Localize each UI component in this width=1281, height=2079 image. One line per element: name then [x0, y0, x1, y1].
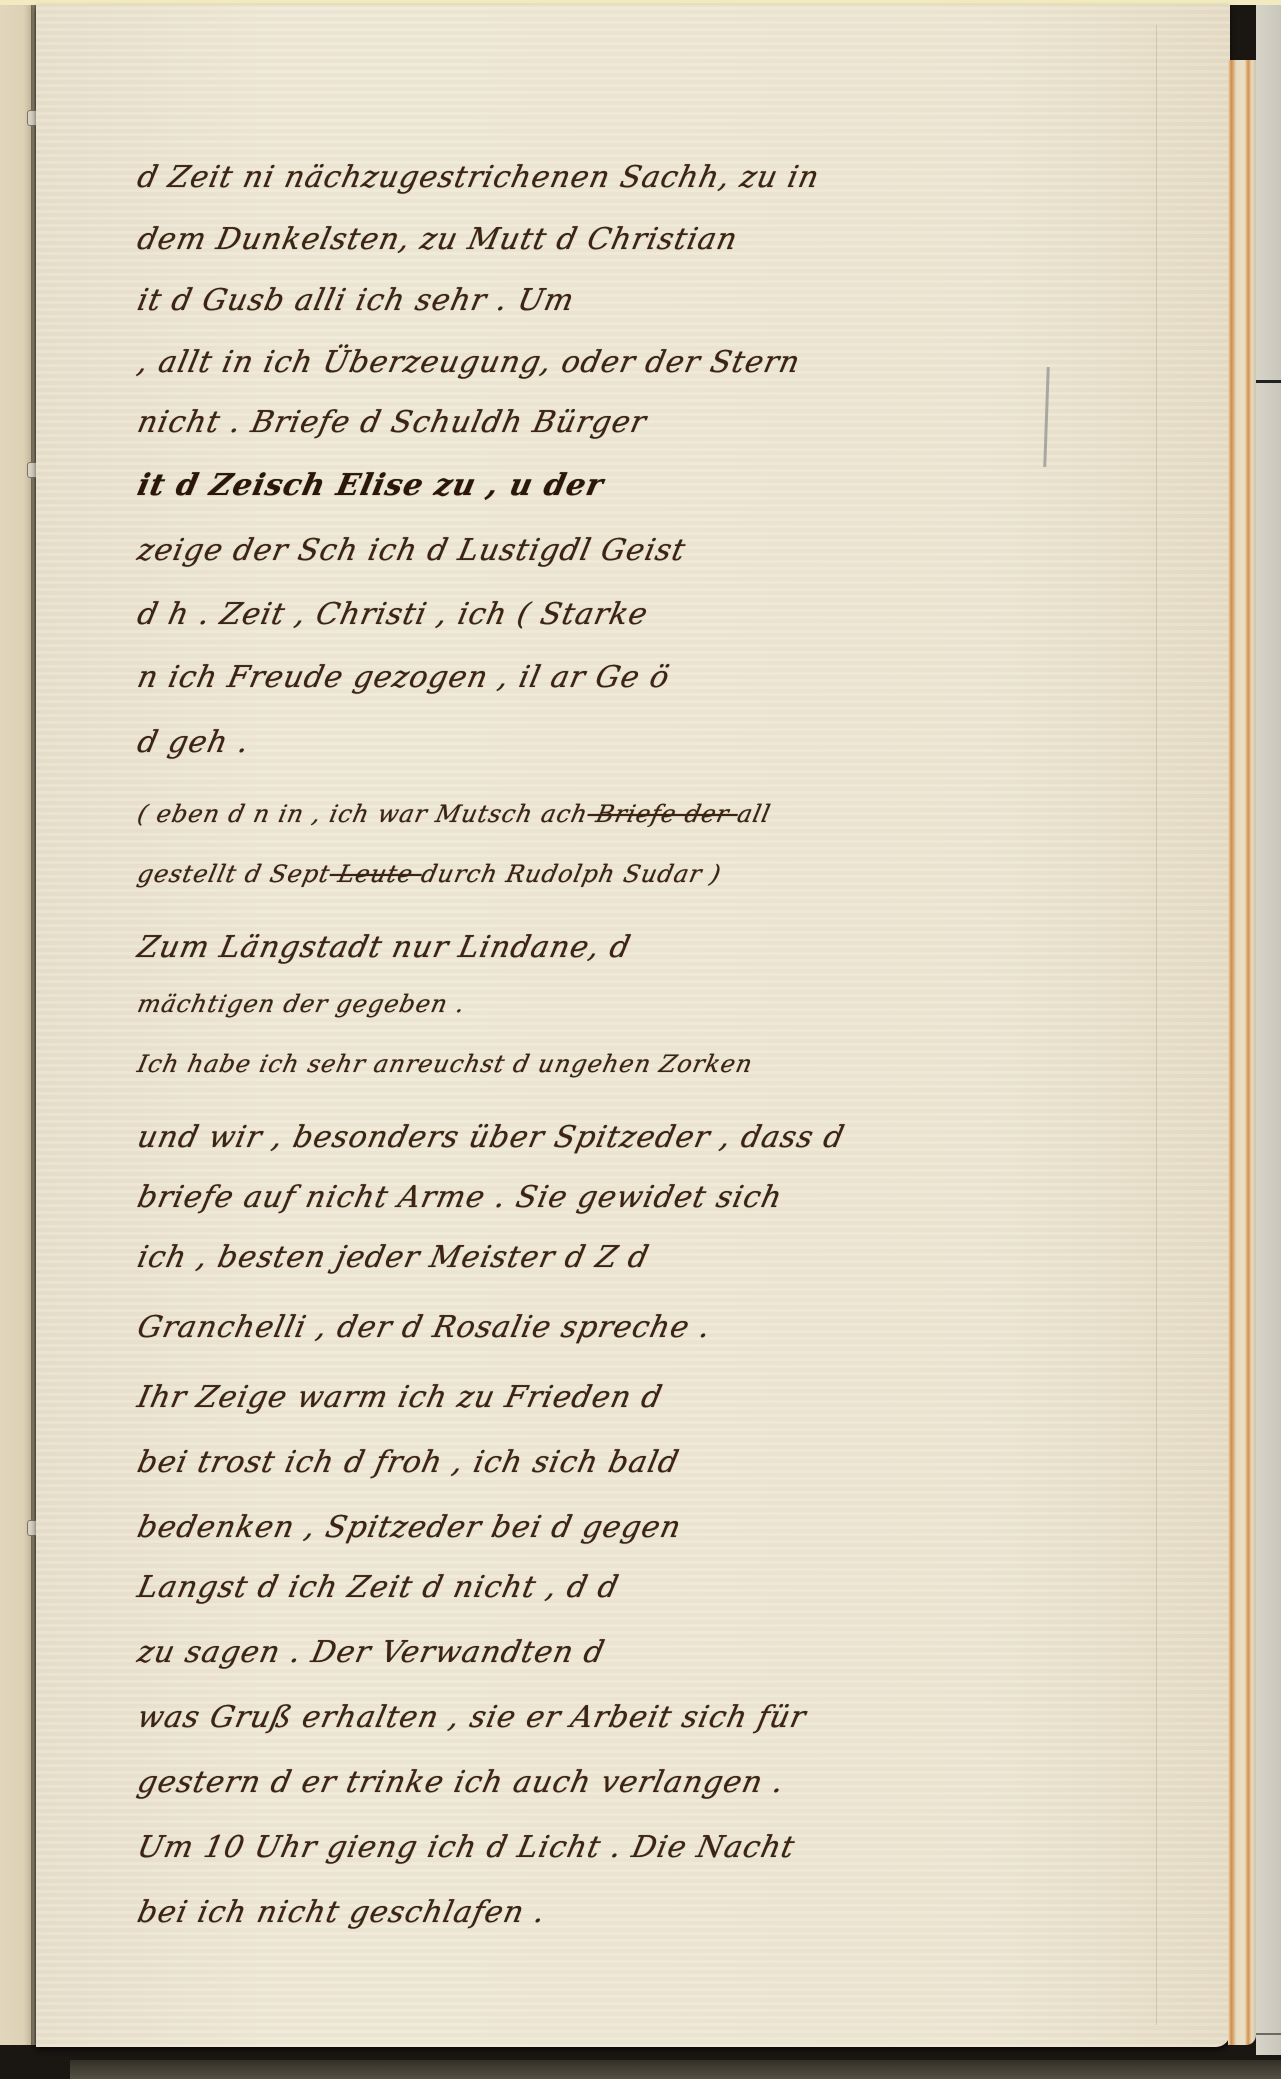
- line-text: Ihr Zeige warm ich zu Frieden d: [134, 1380, 666, 1415]
- adjacent-sheet-line: [1256, 380, 1281, 383]
- line-text: was Gruß erhalten , sie er Arbeit sich f…: [134, 1700, 809, 1735]
- manuscript-line: d geh .: [134, 725, 253, 760]
- manuscript-line: Granchelli , der d Rosalie spreche .: [134, 1310, 714, 1345]
- struck-through-text: Briefe der: [585, 800, 741, 828]
- line-text: nicht . Briefe d Schuldh Bürger: [134, 405, 650, 440]
- line-text: ( eben d n in , ich war Mutsch ach: [135, 800, 591, 828]
- manuscript-line: Ihr Zeige warm ich zu Frieden d: [134, 1380, 666, 1415]
- manuscript-line: dem Dunkelsten, zu Mutt d Christian: [134, 222, 741, 257]
- line-text: und wir , besonders über Spitzeder , das…: [134, 1120, 848, 1155]
- manuscript-line: mächtigen der gegeben .: [135, 990, 468, 1018]
- line-text: bei ich nicht geschlafen .: [134, 1895, 549, 1930]
- line-text: d geh .: [134, 725, 253, 760]
- manuscript-line: d Zeit ni nächzugestrichenen Sachh, zu i…: [134, 160, 823, 195]
- manuscript-line: Langst d ich Zeit d nicht , d d: [134, 1570, 622, 1605]
- line-text: d Zeit ni nächzugestrichenen Sachh, zu i…: [134, 160, 823, 195]
- adjacent-sheet-line: [1256, 2033, 1281, 2035]
- manuscript-line: was Gruß erhalten , sie er Arbeit sich f…: [134, 1700, 809, 1735]
- line-text: , allt in ich Überzeugung, oder der Ster…: [134, 345, 803, 380]
- paper-fold-line: [1156, 25, 1157, 2025]
- manuscript-line: und wir , besonders über Spitzeder , das…: [134, 1120, 848, 1155]
- manuscript-line: Um 10 Uhr gieng ich d Licht . Die Nacht: [134, 1830, 798, 1865]
- line-text: bedenken , Spitzeder bei d gegen: [134, 1510, 684, 1545]
- manuscript-line: bei ich nicht geschlafen .: [134, 1895, 549, 1930]
- line-text: Langst d ich Zeit d nicht , d d: [134, 1570, 622, 1605]
- manuscript-line: zu sagen . Der Verwandten d: [134, 1635, 608, 1670]
- line-text: dem Dunkelsten, zu Mutt d Christian: [134, 222, 741, 257]
- manuscript-line: d h . Zeit , Christi , ich ( Starke: [134, 597, 651, 632]
- line-text: Ich habe ich sehr anreuchst d ungehen Zo…: [135, 1050, 756, 1078]
- manuscript-line: it d Zeisch Elise zu , u der: [134, 468, 607, 503]
- book-bottom-shadow: [70, 2060, 1281, 2079]
- line-text: bei trost ich d froh , ich sich bald: [134, 1445, 682, 1480]
- adjacent-sheet-strip: [1256, 5, 1281, 2055]
- manuscript-line: bedenken , Spitzeder bei d gegen: [134, 1510, 684, 1545]
- line-text: briefe auf nicht Arme . Sie gewidet sich: [134, 1180, 785, 1215]
- line-text: n ich Freude gezogen , il ar Ge ö: [134, 660, 673, 695]
- manuscript-line: zeige der Sch ich d Lustigdl Geist: [134, 533, 689, 568]
- line-text: gestellt d Sept: [135, 860, 333, 888]
- manuscript-line: nicht . Briefe d Schuldh Bürger: [134, 405, 650, 440]
- line-text: it d Zeisch Elise zu , u der: [134, 468, 607, 503]
- manuscript-line: gestern d er trinke ich auch verlangen .: [134, 1765, 787, 1800]
- manuscript-line: it d Gusb alli ich sehr . Um: [134, 283, 577, 318]
- manuscript-line: ( eben d n in , ich war Mutsch ach Brief…: [135, 800, 773, 828]
- line-text: Granchelli , der d Rosalie spreche .: [134, 1310, 714, 1345]
- line-text: gestern d er trinke ich auch verlangen .: [134, 1765, 787, 1800]
- line-text: zu sagen . Der Verwandten d: [134, 1635, 608, 1670]
- line-text-tail: durch Rudolph Sudar ): [419, 860, 724, 888]
- manuscript-line: gestellt d Sept Leute durch Rudolph Suda…: [135, 860, 724, 888]
- previous-page-edge: [0, 5, 34, 2045]
- manuscript-line: Ich habe ich sehr anreuchst d ungehen Zo…: [135, 1050, 756, 1078]
- line-text: mächtigen der gegeben .: [135, 990, 468, 1018]
- line-text: Um 10 Uhr gieng ich d Licht . Die Nacht: [134, 1830, 798, 1865]
- struck-through-text: Leute: [327, 860, 425, 888]
- pencil-margin-mark: [1043, 367, 1049, 467]
- manuscript-line: briefe auf nicht Arme . Sie gewidet sich: [134, 1180, 785, 1215]
- manuscript-line: , allt in ich Überzeugung, oder der Ster…: [134, 345, 803, 380]
- manuscript-line: bei trost ich d froh , ich sich bald: [134, 1445, 682, 1480]
- line-text: zeige der Sch ich d Lustigdl Geist: [134, 533, 689, 568]
- page-fore-edge: [1228, 60, 1256, 2045]
- line-text: it d Gusb alli ich sehr . Um: [134, 283, 577, 318]
- manuscript-line: Zum Längstadt nur Lindane, d: [134, 930, 634, 965]
- manuscript-line: n ich Freude gezogen , il ar Ge ö: [134, 660, 673, 695]
- manuscript-line: ich , besten jeder Meister d Z d: [134, 1240, 652, 1275]
- line-text-tail: all: [735, 800, 774, 828]
- line-text: d h . Zeit , Christi , ich ( Starke: [134, 597, 651, 632]
- line-text: ich , besten jeder Meister d Z d: [134, 1240, 652, 1275]
- line-text: Zum Längstadt nur Lindane, d: [134, 930, 634, 965]
